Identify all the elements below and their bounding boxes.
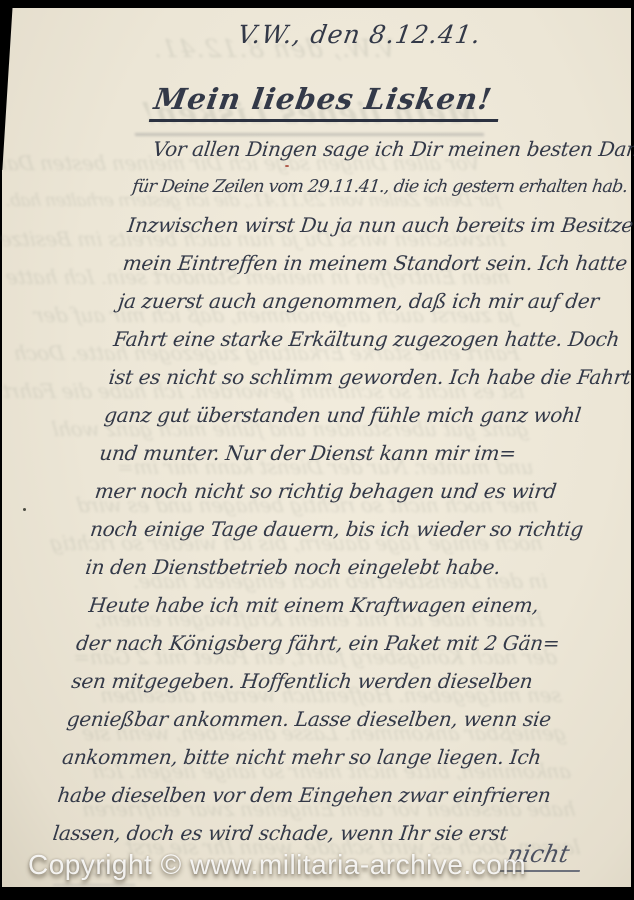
handwritten-line: noch einige Tage dauern, bis ich wieder … <box>88 510 614 548</box>
handwritten-line: mein Eintreffen in meinem Standort sein.… <box>121 244 634 282</box>
handwritten-line: genießbar ankommen. Lasse dieselben, wen… <box>65 700 591 738</box>
handwritten-line: Heute habe ich mit einem Kraftwagen eine… <box>79 586 605 624</box>
letter-page: V.W., den 8.12.41. Mein liebes Lisken! V… <box>2 8 631 887</box>
handwritten-line: Fahrt eine starke Erkältung zugezogen ha… <box>111 320 634 358</box>
handwritten-line: habe dieselben vor dem Eingehen zwar ein… <box>55 776 581 814</box>
handwritten-line: ankommen, bitte nicht mehr so lange lieg… <box>60 738 586 776</box>
handwritten-line: ist es nicht so schlimm geworden. Ich ha… <box>107 358 633 396</box>
handwritten-line: Vor allen Dingen sage ich Dir meinen bes… <box>135 130 634 168</box>
scanned-letter: V.W., den 8.12.41. Mein liebes Lisken! V… <box>0 0 634 900</box>
ink-speck <box>23 508 26 511</box>
letter-salutation: Mein liebes Lisken! <box>149 82 505 122</box>
letter-dateline: V.W., den 8.12.41. <box>236 20 484 49</box>
handwritten-line: Inzwischen wirst Du ja nun auch bereits … <box>125 206 634 244</box>
copyright-watermark: Copyright © www.militaria-archive.com <box>28 849 526 881</box>
letter-content: V.W., den 8.12.41. Mein liebes Lisken! V… <box>2 8 631 887</box>
handwritten-line: in den Dienstbetrieb noch eingelebt habe… <box>83 548 609 586</box>
red-speck <box>285 165 289 167</box>
handwritten-line: sen mitgegeben. Hoffentlich werden diese… <box>69 662 595 700</box>
handwritten-line: ganz gut überstanden und fühle mich ganz… <box>102 396 628 434</box>
handwritten-line: lassen, doch es wird schade, wenn Ihr si… <box>51 814 577 852</box>
handwritten-line: der nach Königsberg fährt, ein Paket mit… <box>74 624 600 662</box>
handwritten-line: ja zuerst auch angenommen, daß ich mir a… <box>116 282 634 320</box>
handwritten-line: mer noch nicht so richtig behagen und es… <box>93 472 619 510</box>
handwritten-line: für Deine Zeilen vom 29.11.41., die ich … <box>130 168 634 206</box>
handwritten-line: und munter. Nur der Dienst kann mir im= <box>97 434 623 472</box>
letter-body: Vor allen Dingen sage ich Dir meinen bes… <box>51 130 634 852</box>
